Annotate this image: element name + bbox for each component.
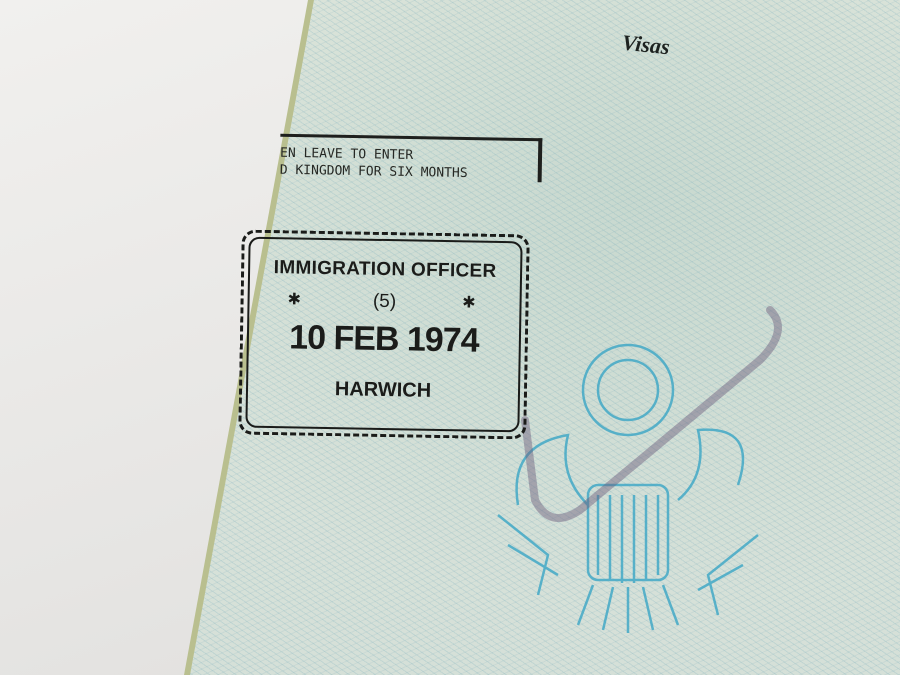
page-heading: Visas	[621, 30, 671, 61]
officer-number: (5)	[243, 289, 525, 316]
star-icon: ✱	[462, 292, 476, 312]
stamp-title: IMMIGRATION OFFICER	[244, 257, 526, 284]
port-of-entry: HARWICH	[242, 377, 524, 405]
violet-stamp-mark	[520, 300, 790, 530]
leave-to-enter-stamp: EN LEAVE TO ENTER D KINGDOM FOR SIX MONT…	[280, 134, 543, 183]
immigration-officer-stamp: IMMIGRATION OFFICER ✱ (5) ✱ 10 FEB 1974 …	[238, 230, 530, 440]
entry-date: 10 FEB 1974	[243, 318, 526, 362]
